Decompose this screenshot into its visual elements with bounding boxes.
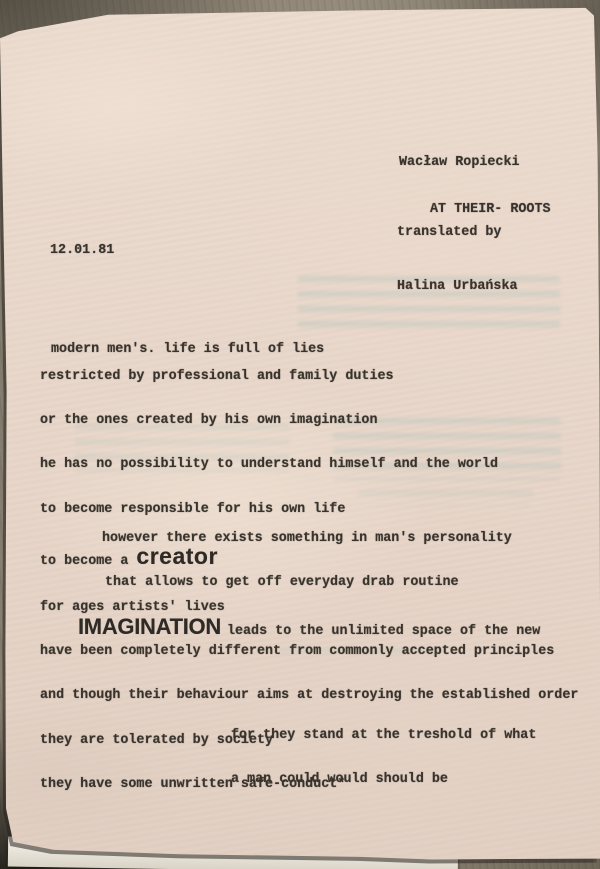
poem-line: however there exists something in man's …: [78, 532, 540, 547]
poem-line: or the ones created by his own imaginati…: [40, 414, 498, 429]
poem-line: a man could would should be: [231, 773, 536, 788]
poem-line: have been completely different from comm…: [40, 645, 578, 660]
poem-line: he has no possibility to understand hims…: [40, 458, 498, 473]
poem-line: for ages artists' lives: [40, 601, 578, 616]
translated-by-label: translated by: [397, 224, 518, 242]
photo-background: Wacław Ropiecki AT THEIR- ROOTS translat…: [0, 0, 600, 869]
typed-date: 12.01.81: [50, 244, 114, 259]
translator-name: Halina Urbańska: [397, 278, 518, 296]
poem-line: for they stand at the treshold of what: [231, 729, 536, 744]
poem-line: restricted by professional and family du…: [40, 370, 498, 385]
stanza-5: for they stand at the treshold of what a…: [231, 699, 536, 817]
translation-block: translated by Halina Urbańska: [397, 188, 518, 332]
author-name: Wacław Ropiecki: [399, 156, 551, 171]
document-page: Wacław Ropiecki AT THEIR- ROOTS translat…: [0, 0, 600, 869]
